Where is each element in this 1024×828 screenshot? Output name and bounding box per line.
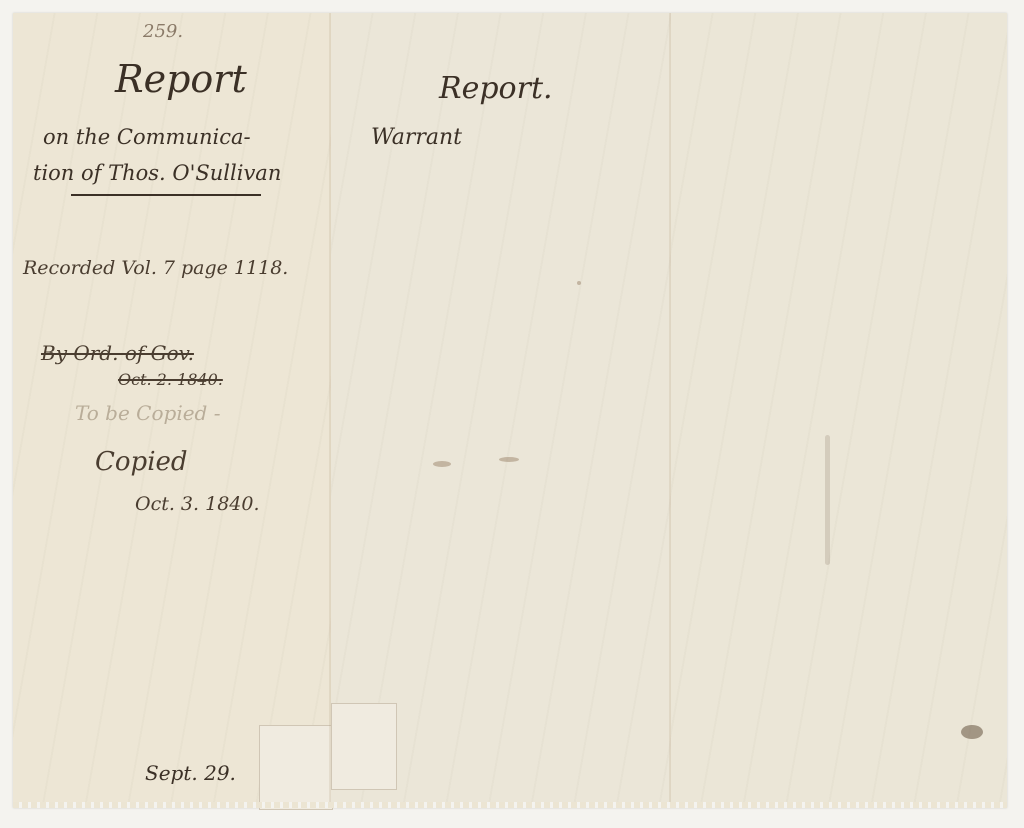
faded-note: To be Copied - bbox=[75, 401, 220, 425]
copied-date: Oct. 3. 1840. bbox=[135, 493, 260, 515]
struck-line-2: Oct. 2. 1840. bbox=[118, 370, 223, 389]
left-panel: 259. Report on the Communica- tion of Th… bbox=[13, 13, 331, 808]
folio-number: 259. bbox=[143, 21, 183, 42]
damage-spot bbox=[961, 725, 983, 739]
paper-repair-patch bbox=[331, 703, 397, 790]
heading-line-2: tion of Thos. O'Sullivan bbox=[33, 161, 281, 185]
heading-line-1: on the Communica- bbox=[43, 125, 251, 149]
heading-underline bbox=[71, 194, 261, 196]
right-panel bbox=[671, 13, 1007, 808]
middle-panel: Report. Warrant bbox=[331, 13, 671, 808]
ink-stain bbox=[433, 461, 451, 467]
copied-label: Copied bbox=[95, 447, 188, 477]
bottom-date: Sept. 29. bbox=[145, 761, 236, 785]
torn-patch bbox=[259, 725, 333, 810]
recorded-note: Recorded Vol. 7 page 1118. bbox=[23, 257, 288, 279]
ragged-bottom-edge bbox=[13, 802, 1007, 808]
struck-line-1: By Ord. of Gov. bbox=[41, 341, 194, 365]
manuscript-sheet: 259. Report on the Communica- tion of Th… bbox=[13, 13, 1007, 808]
ink-stain bbox=[499, 457, 519, 462]
warrant-label: Warrant bbox=[371, 125, 462, 150]
bleed-through-texture bbox=[671, 13, 1007, 808]
crease-mark bbox=[825, 435, 830, 565]
ink-spot bbox=[577, 281, 581, 285]
report-heading: Report. bbox=[439, 71, 553, 106]
report-heading: Report bbox=[115, 57, 247, 101]
